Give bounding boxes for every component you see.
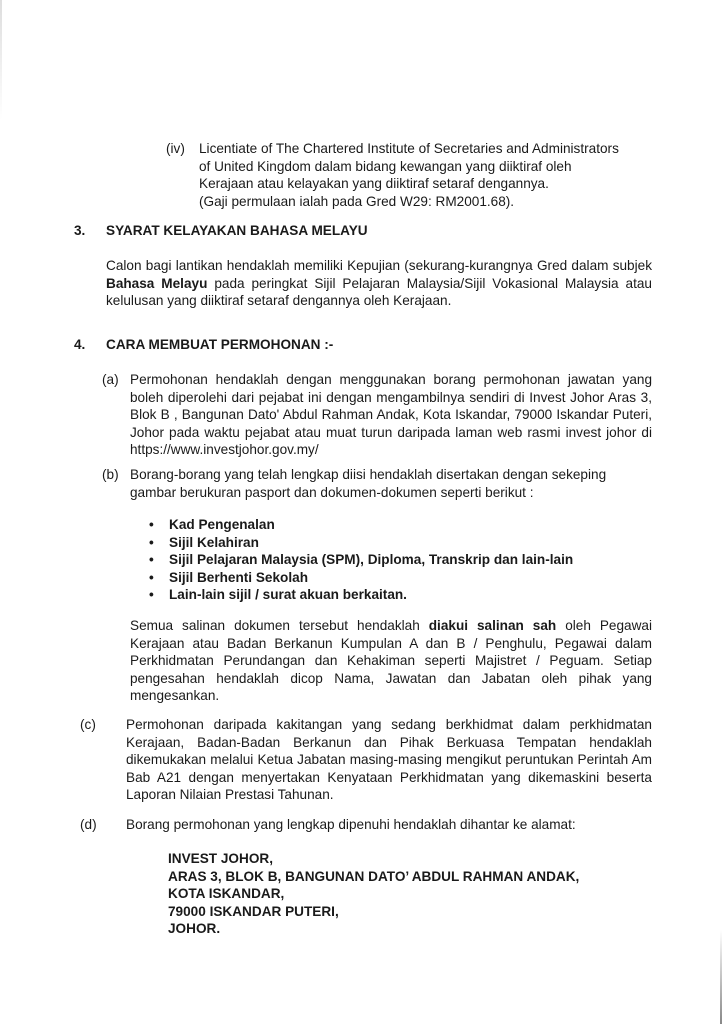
note-text: Semua salinan dokumen tersebut hendaklah (130, 618, 429, 633)
item-c-label: (c) (80, 716, 96, 734)
item-a-text: Permohonan hendaklah dengan menggunakan … (130, 371, 652, 459)
item-iv-line: of United Kingdom dalam bidang kewangan … (199, 158, 659, 176)
section-4-number: 4. (74, 336, 85, 354)
address-line: INVEST JOHOR, (168, 850, 658, 868)
section-3-title: SYARAT KELAYAKAN BAHASA MELAYU (106, 222, 368, 240)
section-3-paragraph: Calon bagi lantikan hendaklah memiliki K… (106, 257, 652, 310)
item-iv-line: (Gaji permulaan ialah pada Gred W29: RM2… (199, 193, 659, 211)
item-iv-line: Kerajaan atau kelayakan yang diiktiraf s… (199, 175, 659, 193)
item-b-note: Semua salinan dokumen tersebut hendaklah… (130, 617, 652, 705)
paragraph-bold-text: Bahasa Melayu (106, 276, 207, 291)
item-d-label: (d) (80, 816, 97, 834)
item-b-text: Borang-borang yang telah lengkap diisi h… (130, 466, 652, 501)
item-c-text: Permohonan daripada kakitangan yang seda… (126, 716, 652, 804)
address-block: INVEST JOHOR, ARAS 3, BLOK B, BANGUNAN D… (168, 850, 658, 938)
address-line: JOHOR. (168, 920, 658, 938)
section-4-title: CARA MEMBUAT PERMOHONAN :- (106, 336, 333, 354)
document-list-item: Lain-lain sijil / surat akuan berkaitan. (143, 586, 653, 604)
address-line: ARAS 3, BLOK B, BANGUNAN DATO’ ABDUL RAH… (168, 868, 658, 886)
document-list: Kad Pengenalan Sijil Kelahiran Sijil Pel… (143, 516, 653, 604)
paragraph-text: Calon bagi lantikan hendaklah memiliki K… (106, 258, 652, 273)
section-3-number: 3. (74, 222, 85, 240)
item-a-label: (a) (102, 371, 119, 389)
note-bold-text: diakui salinan sah (429, 618, 556, 633)
address-line: 79000 ISKANDAR PUTERI, (168, 903, 658, 921)
scan-edge-right (720, 930, 722, 1024)
item-d-text: Borang permohonan yang lengkap dipenuhi … (126, 816, 652, 834)
address-line: KOTA ISKANDAR, (168, 885, 658, 903)
document-list-item: Kad Pengenalan (143, 516, 653, 534)
item-b-label: (b) (102, 466, 119, 484)
document-list-item: Sijil Berhenti Sekolah (143, 569, 653, 587)
document-list-item: Sijil Pelajaran Malaysia (SPM), Diploma,… (143, 551, 653, 569)
document-list-item: Sijil Kelahiran (143, 534, 653, 552)
item-iv-label: (iv) (166, 140, 185, 158)
item-iv-line: Licentiate of The Chartered Institute of… (199, 140, 659, 158)
scan-edge-left (0, 0, 2, 120)
item-iv-text: Licentiate of The Chartered Institute of… (199, 140, 659, 210)
